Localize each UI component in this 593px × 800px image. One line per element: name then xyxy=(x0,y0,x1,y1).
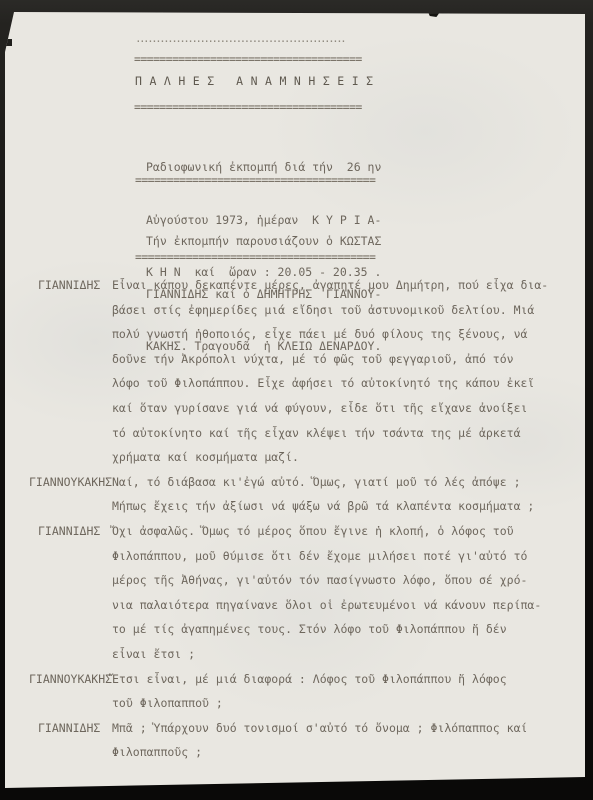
dialogue-section: ΓΙΑΝΝΙΔΗΣΕἶναι κάπου δεκαπέντε μέρες, ἀγ… xyxy=(5,273,585,765)
dialogue-line: χρήματα καί κοσμήματα μαζί. xyxy=(112,445,585,470)
dialogue-line: νια παλαιότερα πηγαίνανε ὅλοι οἱ ἐρωτευμ… xyxy=(112,593,585,618)
dialogue-line: τό αὐτοκίνητο καί τῆς εἶχαν κλέψει τήν τ… xyxy=(112,421,585,446)
dialogue-line: Ὄχι ἀσφαλῶς. Ὅμως τό μέρος ὅπου ἔγινε ἡ … xyxy=(112,519,585,544)
dialogue-lines: Εἶναι κάπου δεκαπέντε μέρες, ἀγαπητέ μου… xyxy=(112,273,585,470)
speaker-label: ΓΙΑΝΝΟΥΚΑΚΗΣ xyxy=(5,470,112,519)
dialogue-line: Εἶναι κάπου δεκαπέντε μέρες, ἀγαπητέ μου… xyxy=(112,273,585,298)
rule-before-dialogue: ====================================== xyxy=(135,249,375,265)
scan-speck-artifact xyxy=(6,39,12,46)
dialogue-line: Ἔτσι εἶναι, μέ μιά διαφορά : Λόφος τοῦ Φ… xyxy=(112,667,585,692)
presenters-line: Τήν ἐκπομπήν παρουσιάζουν ὁ ΚΩΣΤΑΣ xyxy=(146,233,381,251)
dialogue-paragraph: ΓΙΑΝΝΟΥΚΑΚΗΣἜτσι εἶναι, μέ μιά διαφορά :… xyxy=(5,667,585,716)
dialogue-paragraph: ΓΙΑΝΝΟΥΚΑΚΗΣΝαί, τό διάβασα κι'ἐγώ αὐτό.… xyxy=(5,470,585,519)
rule-after-broadcast: ====================================== xyxy=(135,172,375,188)
dialogue-line: Μήπως ἔχεις τήν ἀξίωσι νά ψάξω νά βρῶ τά… xyxy=(112,494,585,519)
dialogue-lines: Μπᾶ ; Ὑπάρχουν δυό τονισμοί σ'αὐτό τό ὄν… xyxy=(112,716,585,765)
double-rule-under-title: ==================================== xyxy=(134,99,362,115)
speaker-label: ΓΙΑΝΝΙΔΗΣ xyxy=(5,273,112,470)
dialogue-line: πολύ γνωστή ἠθοποιός, εἶχε πάει μέ δυό φ… xyxy=(112,322,585,347)
dotted-rule: ........................................… xyxy=(135,32,344,45)
dialogue-lines: Ναί, τό διάβασα κι'ἐγώ αὐτό. Ὅμως, γιατί… xyxy=(112,470,585,519)
speaker-label: ΓΙΑΝΝΙΔΗΣ xyxy=(5,716,112,765)
dialogue-line: Φιλοπάππου, μοῦ θύμισε ὅτι δέν ἔχομε μιλ… xyxy=(112,544,585,569)
dialogue-line: μέρος τῆς Ἀθήνας, γι'αὐτόν τόν πασίγνωστ… xyxy=(112,568,585,593)
page-title: Π Α Λ Η Ε Σ Α Ν Α Μ Ν Η Σ Ε Ι Σ xyxy=(135,74,373,88)
dialogue-line: εἶναι ἔτσι ; xyxy=(112,642,585,667)
scan-background: ........................................… xyxy=(0,0,593,800)
dialogue-line: Ναί, τό διάβασα κι'ἐγώ αὐτό. Ὅμως, γιατί… xyxy=(112,470,585,495)
dialogue-paragraph: ΓΙΑΝΝΙΔΗΣὌχι ἀσφαλῶς. Ὅμως τό μέρος ὅπου… xyxy=(5,519,585,667)
scan-notch-artifact xyxy=(428,12,440,17)
dialogue-lines: Ὄχι ἀσφαλῶς. Ὅμως τό μέρος ὅπου ἔγινε ἡ … xyxy=(112,519,585,667)
document-page: ........................................… xyxy=(5,12,585,788)
dialogue-lines: Ἔτσι εἶναι, μέ μιά διαφορά : Λόφος τοῦ Φ… xyxy=(112,667,585,716)
dialogue-paragraph: ΓΙΑΝΝΙΔΗΣΜπᾶ ; Ὑπάρχουν δυό τονισμοί σ'α… xyxy=(5,716,585,765)
speaker-label: ΓΙΑΝΝΙΔΗΣ xyxy=(5,519,112,667)
double-rule-top: ==================================== xyxy=(134,51,362,67)
dialogue-line: βάσει στίς ἐφημερίδες μιά εἴδησι τοῦ ἀστ… xyxy=(112,298,585,323)
dialogue-line: Μπᾶ ; Ὑπάρχουν δυό τονισμοί σ'αὐτό τό ὄν… xyxy=(112,716,585,741)
dialogue-line: τοῦ Φιλοπαπποῦ ; xyxy=(112,691,585,716)
dialogue-line: λόφο τοῦ Φιλοπάππου. Εἶχε ἀφήσει τό αὐτο… xyxy=(112,371,585,396)
dialogue-paragraph: ΓΙΑΝΝΙΔΗΣΕἶναι κάπου δεκαπέντε μέρες, ἀγ… xyxy=(5,273,585,470)
dialogue-line: το μέ τίς ἀγαπημένες τους. Στόν λόφο τοῦ… xyxy=(112,617,585,642)
dialogue-line: δοῦνε τήν Ἀκρόπολι νύχτα, μέ τό φῶς τοῦ … xyxy=(112,347,585,372)
speaker-label: ΓΙΑΝΝΟΥΚΑΚΗΣ xyxy=(5,667,112,716)
dialogue-line: Φιλοπαπποῦς ; xyxy=(112,740,585,765)
dialogue-line: καί ὅταν γυρίσανε γιά νά φύγουν, εἶδε ὅτ… xyxy=(112,396,585,421)
